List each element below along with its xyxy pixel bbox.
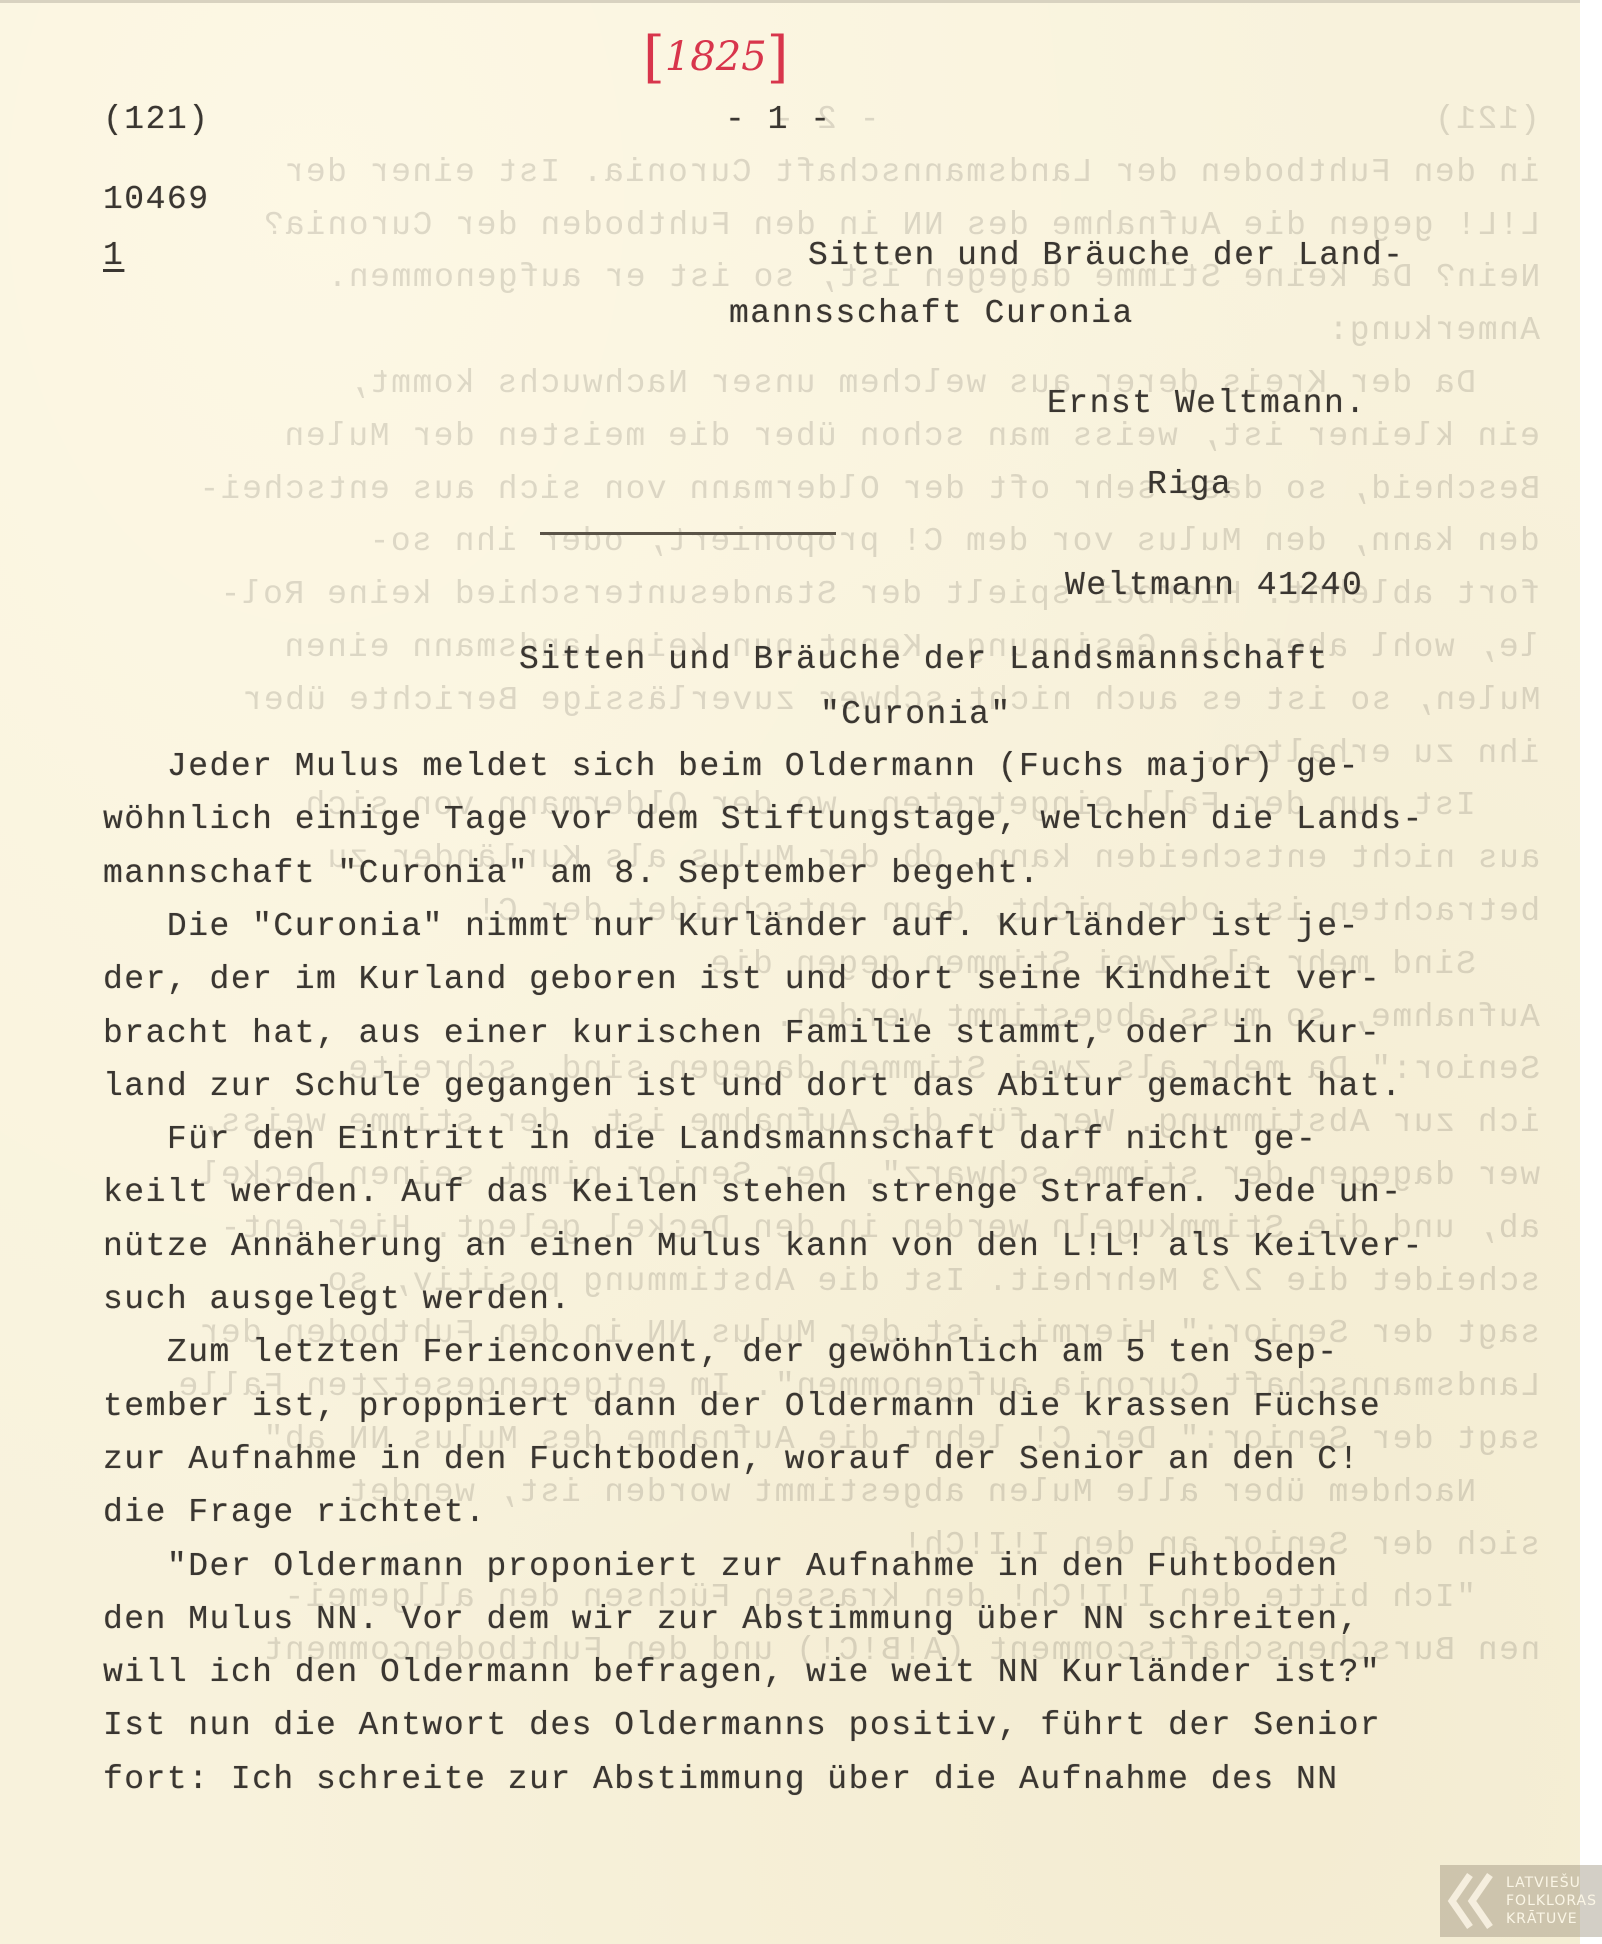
record-number: 10469 xyxy=(103,183,210,216)
bleed-through-line: den kann, den Mulus vor dem C! proponier… xyxy=(368,525,1540,558)
watermark-line-2: FOLKLORAS xyxy=(1506,1892,1597,1910)
body-line: will ich den Oldermann befragen, wie wei… xyxy=(103,1656,1381,1689)
body-line: den Mulus NN. Vor dem wir zur Abstimmung… xyxy=(103,1603,1360,1636)
bleed-through-line: Anmerkung: xyxy=(1327,314,1540,347)
header-title-line-1: Sitten und Bräuche der Land- xyxy=(808,239,1405,272)
archive-watermark-logo: LATVIEŠU FOLKLORAS KRĀTUVE xyxy=(1440,1865,1602,1937)
body-line: wöhnlich einige Tage vor dem Stiftungsta… xyxy=(103,803,1424,836)
body-line: land zur Schule gegangen ist und dort da… xyxy=(103,1070,1403,1103)
bleed-through-line: Bescheid, so dass sehr oft der Oldermann… xyxy=(198,473,1540,506)
signature-line: Weltmann 41240 xyxy=(1065,569,1363,602)
body-line: nütze Annäherung an einen Mulus kann von… xyxy=(103,1230,1424,1263)
body-line: der, der im Kurland geboren ist und dort… xyxy=(103,963,1381,996)
body-line: Jeder Mulus meldet sich beim Oldermann (… xyxy=(103,750,1360,783)
body-line: mannschaft "Curonia" am 8. September beg… xyxy=(103,857,1040,890)
body-line: fort: Ich schreite zur Abstimmung über d… xyxy=(103,1763,1339,1796)
body-line: Zum letzten Ferienconvent, der gewöhnlic… xyxy=(103,1336,1339,1369)
watermark-line-1: LATVIEŠU xyxy=(1506,1874,1597,1892)
body-line: "Der Oldermann proponiert zur Aufnahme i… xyxy=(103,1550,1339,1583)
place-name: Riga xyxy=(1147,468,1232,501)
body-line: zur Aufnahme in den Fuchtboden, worauf d… xyxy=(103,1443,1360,1476)
bleed-through-line: in den Fuhtboden der Landsmannschaft Cur… xyxy=(283,156,1540,189)
watermark-line-3: KRĀTUVE xyxy=(1506,1910,1597,1928)
main-title-line-2: "Curonia" xyxy=(820,698,1012,731)
body-line: Für den Eintritt in die Landsmannschaft … xyxy=(103,1123,1317,1156)
archive-number-annotation: [1825] xyxy=(643,25,789,90)
strikethrough-line xyxy=(540,532,836,535)
main-title-line-1: Sitten und Bräuche der Landsmannschaft xyxy=(519,643,1329,676)
body-line: Die "Curonia" nimmt nur Kurländer auf. K… xyxy=(103,910,1360,943)
collection-number: (121) xyxy=(103,103,210,136)
body-line: such ausgelegt werden. xyxy=(103,1283,572,1316)
author-name: Ernst Weltmann. xyxy=(1047,387,1367,420)
page-number: - 1 - xyxy=(725,103,832,136)
body-line: tember ist, proppniert dann der Olderman… xyxy=(103,1390,1381,1423)
scanned-page: (121) - 2 -in den Fuhtboden der Landsman… xyxy=(0,0,1580,1944)
folklore-archive-logo-icon xyxy=(1446,1871,1498,1931)
item-number: 1 xyxy=(103,239,124,272)
header-title-line-2: mannsschaft Curonia xyxy=(729,297,1134,330)
bleed-through-line: Nachdem über alle Mulen abgestimmt worde… xyxy=(347,1476,1540,1509)
archive-number: 1825 xyxy=(665,34,767,80)
body-line: Ist nun die Antwort des Oldermanns posit… xyxy=(103,1709,1381,1742)
body-line: die Frage richtet. xyxy=(103,1496,486,1529)
bleed-through-line: (121) - 2 - xyxy=(773,103,1540,136)
body-line: keilt werden. Auf das Keilen stehen stre… xyxy=(103,1176,1403,1209)
bleed-through-line: ein kleiner ist, weiss man schon über di… xyxy=(283,420,1540,453)
body-line: bracht hat, aus einer kurischen Familie … xyxy=(103,1017,1381,1050)
